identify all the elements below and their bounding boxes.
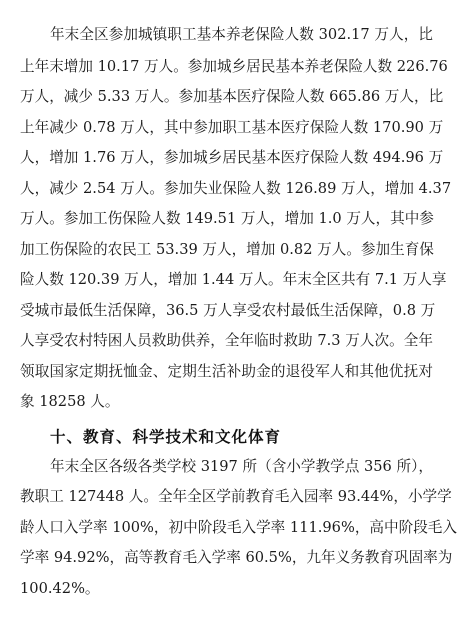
- text-line: 象 18258 人。: [20, 392, 433, 412]
- text-line: 加工伤保险的农民工 53.39 万人，增加 0.82 万人。参加生育保: [20, 240, 433, 260]
- text-line: 人，减少 2.54 万人。参加失业保险人数 126.89 万人，增加 4.37: [20, 179, 433, 199]
- text-line: 受城市最低生活保障，36.5 万人享受农村最低生活保障，0.8 万: [20, 301, 433, 321]
- text-line: 领取国家定期抚恤金、定期生活补助金的退役军人和其他优抚对: [20, 362, 433, 382]
- document-page: 年末全区参加城镇职工基本养老保险人数 302.17 万人，比 上年末增加 10.…: [0, 0, 464, 632]
- text-line: 险人数 120.39 万人，增加 1.44 万人。年末全区共有 7.1 万人享: [20, 270, 433, 290]
- text-line: 龄人口入学率 100%，初中阶段毛入学率 111.96%，高中阶段毛入: [20, 518, 433, 538]
- text-line: 万人。参加工伤保险人数 149.51 万人，增加 1.0 万人，其中参: [20, 209, 433, 229]
- text-line: 年末全区各级各类学校 3197 所（含小学教学点 356 所），: [50, 457, 433, 477]
- text-line: 上年末增加 10.17 万人。参加城乡居民基本养老保险人数 226.76: [20, 57, 433, 77]
- text-line: 上年减少 0.78 万人，其中参加职工基本医疗保险人数 170.90 万: [20, 118, 433, 138]
- text-line: 人，增加 1.76 万人，参加城乡居民基本医疗保险人数 494.96 万: [20, 148, 433, 168]
- text-line: 人享受农村特困人员救助供养，全年临时救助 7.3 万人次。全年: [20, 331, 433, 351]
- text-line: 教职工 127448 人。全年全区学前教育毛入园率 93.44%，小学学: [20, 487, 433, 507]
- text-line: 万人，减少 5.33 万人。参加基本医疗保险人数 665.86 万人，比: [20, 87, 433, 107]
- section-heading: 十、教育、科学技术和文化体育: [50, 426, 281, 448]
- text-line: 学率 94.92%，高等教育毛入学率 60.5%，九年义务教育巩固率为: [20, 548, 433, 568]
- text-line: 100.42%。: [20, 579, 433, 599]
- text-line: 年末全区参加城镇职工基本养老保险人数 302.17 万人，比: [50, 25, 433, 45]
